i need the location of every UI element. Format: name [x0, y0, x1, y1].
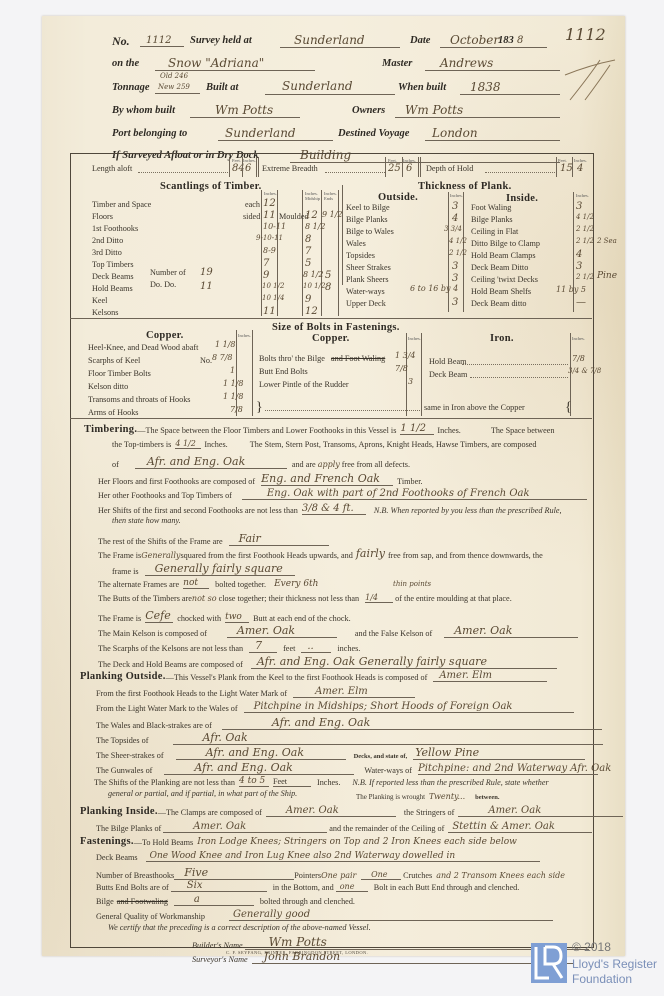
master-value: Andrews: [440, 56, 493, 70]
date-value: October: [450, 33, 499, 47]
length-label: Length aloft: [92, 164, 132, 173]
bolts-iron-title: Iron.: [490, 333, 514, 344]
no-label: No.: [112, 34, 130, 49]
same-iron-label: same in Iron above the Copper: [424, 403, 525, 412]
tonnage-new: New 259: [158, 83, 190, 91]
breadth-feet: 25: [388, 163, 401, 174]
on-the-label: on the: [112, 58, 139, 69]
owners-label: Owners: [352, 105, 385, 116]
copyright: © 2018: [572, 940, 611, 954]
when-built-value: 1838: [470, 80, 501, 94]
certify-text: We certify that the preceding is a corre…: [108, 923, 371, 932]
plank-title: Thickness of Plank.: [418, 181, 512, 192]
year-value: 8: [517, 35, 523, 46]
corner-number: 1112: [565, 25, 606, 44]
by-whom-value: Wm Potts: [215, 103, 273, 117]
length-inches: 6: [245, 163, 251, 174]
built-at-label: Built at: [206, 82, 238, 93]
bolts-title: Size of Bolts in Fastenings.: [272, 322, 400, 333]
scantlings-title: Scantlings of Timber.: [160, 181, 262, 192]
flourish-mark: [560, 55, 620, 105]
by-whom-label: By whom built: [112, 105, 175, 116]
scantling-sided: 12: [263, 198, 276, 209]
voyage-label: Destined Voyage: [338, 128, 409, 139]
fastenings-heading: Fastenings.: [80, 836, 134, 847]
planking-inside-heading: Planking Inside.: [80, 806, 158, 817]
lr-logo-icon: [531, 943, 567, 983]
voyage-value: London: [432, 126, 478, 140]
year-prefix: 183: [498, 35, 514, 46]
surveyor-label: Surveyor's Name: [192, 955, 248, 964]
planking-outside-heading: Planking Outside.: [80, 671, 166, 682]
survey-label: Survey held at: [190, 35, 252, 46]
timbering-heading: Timbering.: [84, 424, 137, 435]
date-label: Date: [410, 35, 430, 46]
breadth-label: Extreme Breadth: [262, 164, 318, 173]
tonnage-old: Old 246: [160, 72, 188, 80]
bolts-copper-title: Copper.: [312, 333, 350, 344]
printer-imprint: C. F. SEYFANG, PRINTER, FARRINGDON STREE…: [226, 950, 368, 955]
scantling-label: Timber and Space: [92, 200, 151, 209]
copper-title: Copper.: [146, 330, 184, 341]
outside-title: Outside.: [378, 192, 418, 203]
no-value: 1112: [146, 35, 171, 46]
when-built-label: When built: [398, 82, 446, 93]
depth-feet: 15: [560, 163, 573, 174]
owners-value: Wm Potts: [405, 103, 463, 117]
org-line2: Foundation: [572, 972, 632, 986]
depth-inches: 4: [577, 163, 583, 174]
built-at-value: Sunderland: [282, 79, 353, 93]
port-value: Sunderland: [225, 126, 296, 140]
survey-value: Sunderland: [294, 33, 365, 47]
tonnage-label: Tonnage: [112, 82, 150, 93]
breadth-inches: 6: [406, 163, 412, 174]
ship-value: Snow "Adriana": [168, 56, 264, 70]
master-label: Master: [382, 58, 412, 69]
port-label: Port belonging to: [112, 128, 187, 139]
org-line1: Lloyd's Register: [572, 957, 657, 971]
builder-label: Builder's Name: [192, 941, 243, 950]
depth-label: Depth of Hold: [426, 164, 473, 173]
